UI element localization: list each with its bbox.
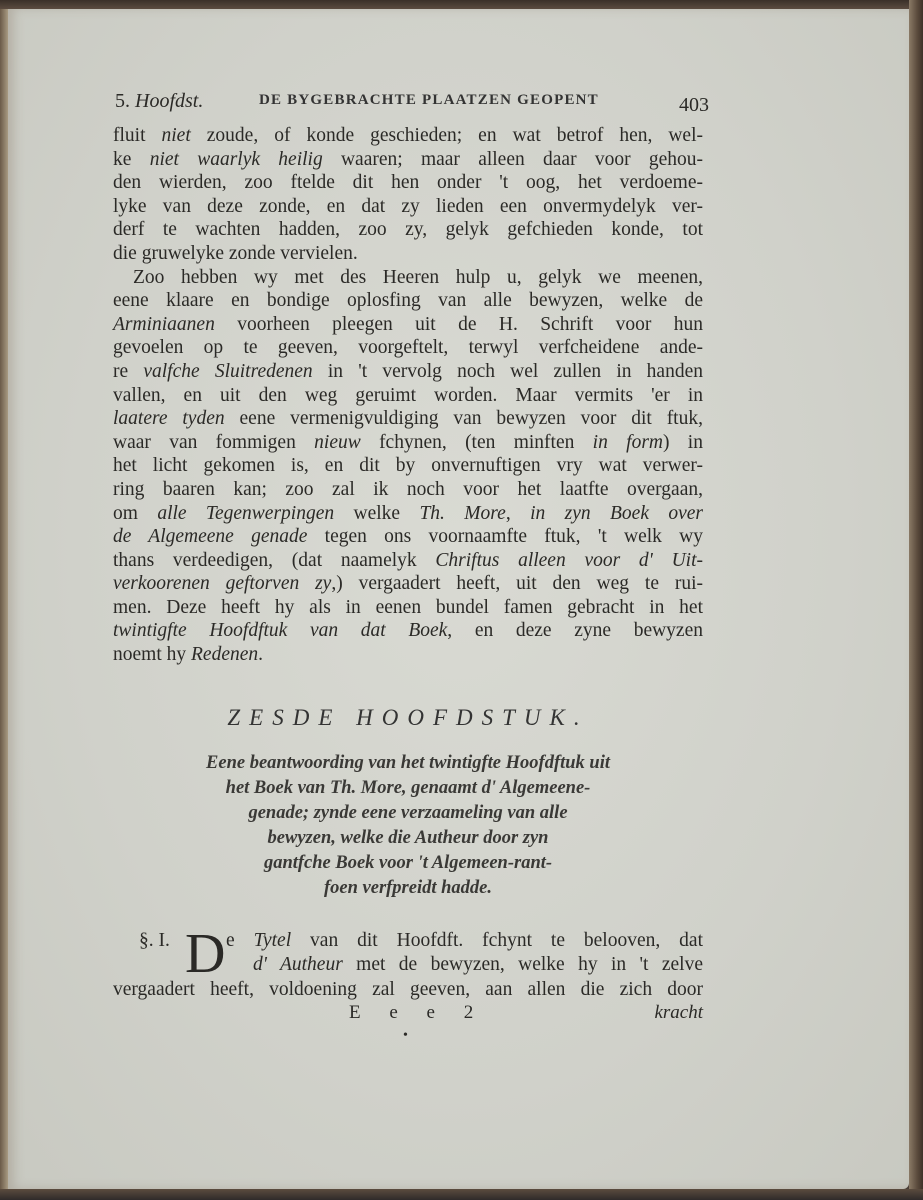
text-column: 5. Hoofdst. DE BYGEBRACHTE PLAATZEN GEOP… xyxy=(113,88,703,1026)
text-line: de Algemeene genade tegen ons voornaamft… xyxy=(113,525,703,549)
paragraph-2: Zoo hebben wy met des Heeren hulp u, gel… xyxy=(113,266,703,667)
book-bottom-edge xyxy=(0,1189,923,1200)
text-line: den wierden, zoo ftelde dit hen onder 't… xyxy=(113,171,703,195)
text-line: om alle Tegenwerpingen welke Th. More, i… xyxy=(113,502,703,526)
text-line: men. Deze heeft hy als in eenen bundel f… xyxy=(113,596,703,620)
chapter-ref-number: 5. xyxy=(115,90,130,112)
text-line: ring baaren kan; zoo zal ik noch voor he… xyxy=(113,478,703,502)
text-line: thans verdeedigen, (dat naamelyk Chriftu… xyxy=(113,549,703,573)
book-top-edge xyxy=(0,0,923,9)
book-spine-edge xyxy=(0,0,8,1200)
page-footer: E e e 2 kracht • xyxy=(113,1002,703,1026)
running-head: 5. Hoofdst. DE BYGEBRACHTE PLAATZEN GEOP… xyxy=(113,88,703,124)
text-line: Arminiaanen voorheen pleegen uit de H. S… xyxy=(113,313,703,337)
text-line: verkoorenen geftorven zy,) vergaadert he… xyxy=(113,572,703,596)
text-line: ke niet waarlyk heilig waaren; maar alle… xyxy=(113,148,703,172)
summary-line: gantfche Boek voor 't Algemeen-rant- xyxy=(113,851,703,876)
text-line: Zoo hebben wy met des Heeren hulp u, gel… xyxy=(113,266,703,290)
summary-line: genade; zynde eene verzaameling van alle xyxy=(113,801,703,826)
chapter-heading: ZESDE HOOFDSTUK. xyxy=(113,705,703,731)
text-line: waar van fommigen nieuw fchynen, (ten mi… xyxy=(113,431,703,455)
text-line: fluit niet zoude, of konde geschieden; e… xyxy=(113,124,703,148)
ink-dot: • xyxy=(403,1028,408,1044)
text-line: lyke van deze zonde, en dat zy lieden ee… xyxy=(113,195,703,219)
signature-mark: E e e 2 xyxy=(349,1002,485,1024)
chapter-summary: Eene beantwoording van het twintigfte Ho… xyxy=(113,751,703,901)
book-right-edge xyxy=(909,0,923,1200)
summary-line: bewyzen, welke die Autheur door zyn xyxy=(113,826,703,851)
text-line: twintigfte Hoofdftuk van dat Boek, en de… xyxy=(113,619,703,643)
section-1: §. I. D e Tytel van dit Hoofdft. fchynt … xyxy=(113,929,703,1003)
running-head-title: DE BYGEBRACHTE PLAATZEN GEOPENT xyxy=(259,92,599,109)
text-line: re valfche Sluitredenen in 't vervolg no… xyxy=(113,360,703,384)
text-line: derf te wachten hadden, zoo zy, gelyk ge… xyxy=(113,218,703,242)
paragraph-1: fluit niet zoude, of konde geschieden; e… xyxy=(113,124,703,266)
section-mark: §. I. xyxy=(139,929,170,954)
drop-cap: D xyxy=(185,929,225,979)
text-line: gevoelen op te geeven, voorgeftelt, terw… xyxy=(113,336,703,360)
running-head-chapter-ref: 5. Hoofdst. xyxy=(115,90,203,113)
text-line: vallen, en uit den weg geruimt worden. M… xyxy=(113,384,703,408)
summary-line: het Boek van Th. More, genaamt d' Algeme… xyxy=(113,776,703,801)
text-line: laatere tyden eene vermenigvuldiging van… xyxy=(113,407,703,431)
text-line: die gruwelyke zonde vervielen. xyxy=(113,242,703,266)
text-line: eene klaare en bondige oplosfing van all… xyxy=(113,289,703,313)
page-number: 403 xyxy=(679,94,709,117)
summary-line: foen verfpreidt hadde. xyxy=(113,876,703,901)
catchword: kracht xyxy=(654,1002,703,1024)
chapter-ref-label: Hoofdst. xyxy=(135,90,203,112)
text-line: noemt hy Redenen. xyxy=(113,643,703,667)
text-line: het licht gekomen is, en dit by onvernuf… xyxy=(113,454,703,478)
summary-line: Eene beantwoording van het twintigfte Ho… xyxy=(113,751,703,776)
